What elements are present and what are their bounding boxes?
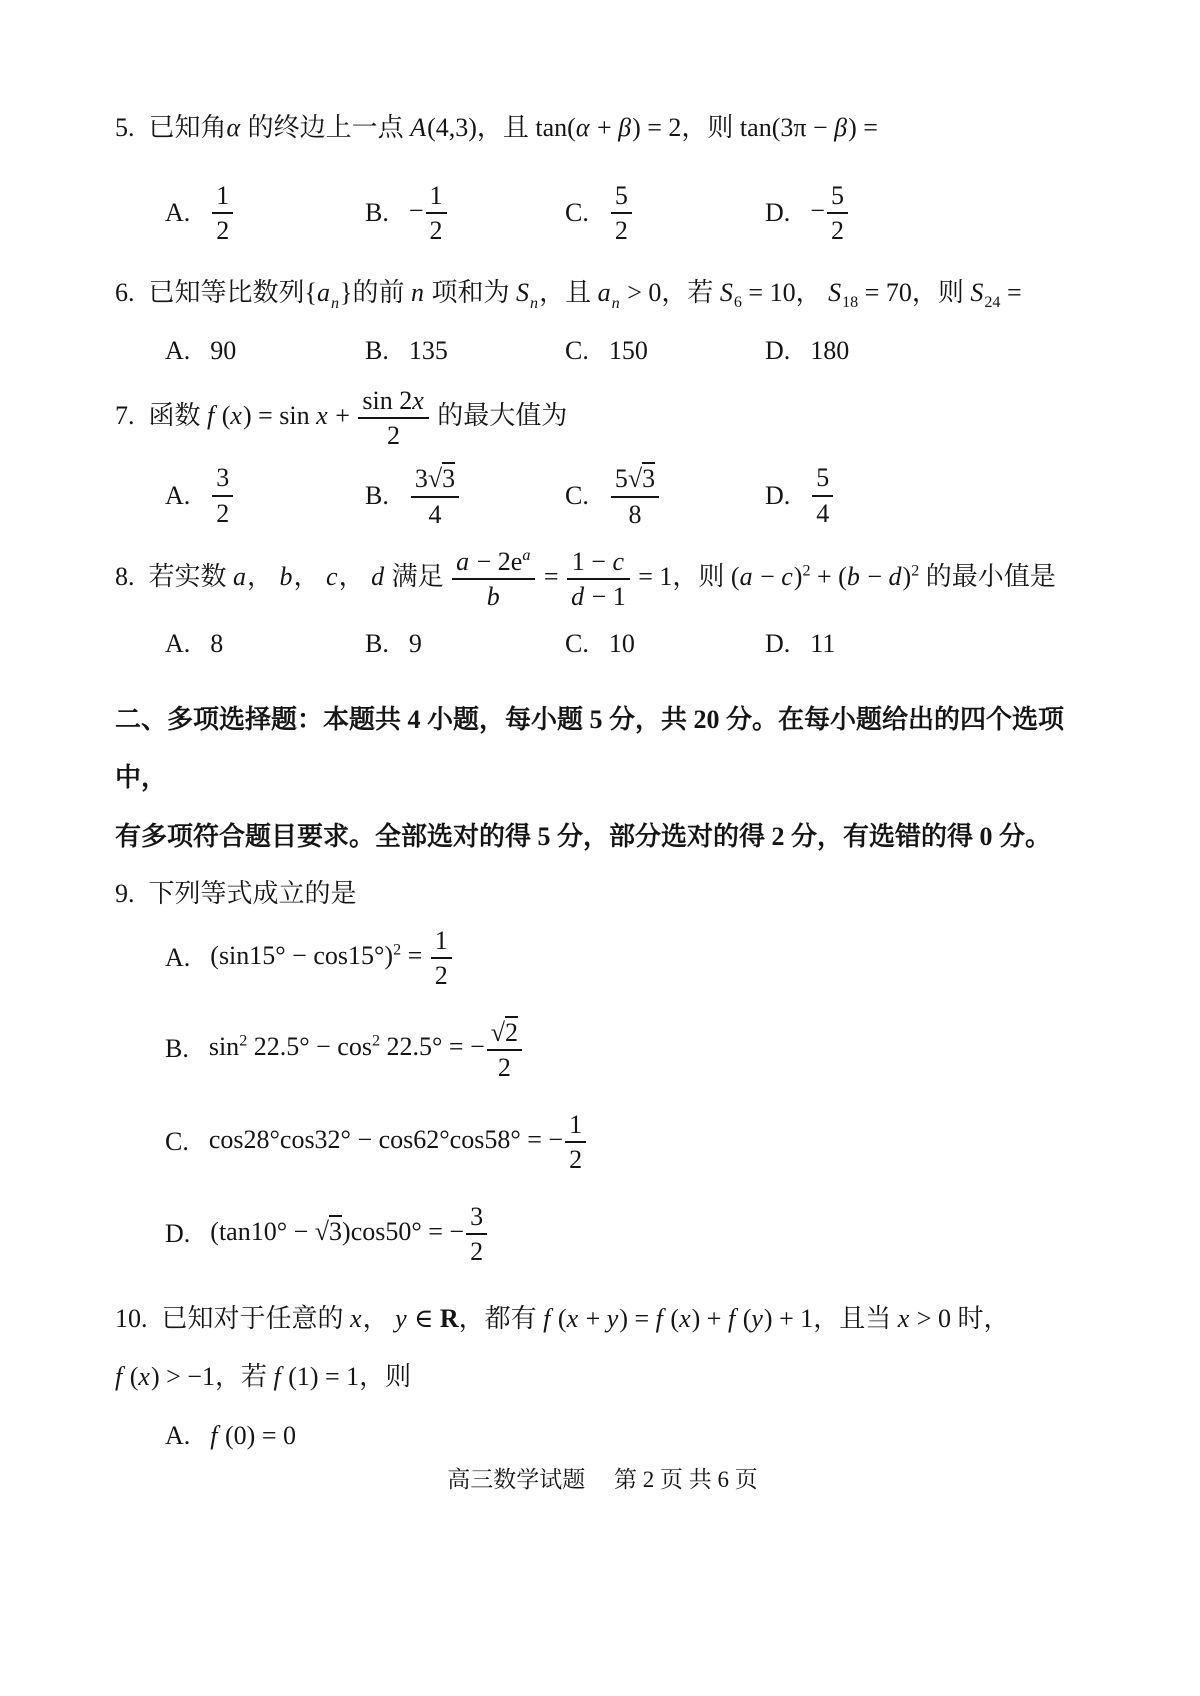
option-value: (sin15° − cos15°)2 = 12 <box>210 926 454 990</box>
option-value: 12 <box>210 181 235 245</box>
question-6-stem: 6.已知等比数列{an}的前 n 项和为 Sn，且 an > 0，若 S6 = … <box>115 275 1090 314</box>
question-8-number: 8. <box>115 562 135 591</box>
question-6-option-b: B. 135 <box>365 336 565 366</box>
question-5-option-b: B. −12 <box>365 181 565 245</box>
question-5-text: 已知角α 的终边上一点 A(4,3)，且 tan(α + β) = 2，则 ta… <box>149 113 878 142</box>
question-6-number: 6. <box>115 278 135 307</box>
option-label: D. <box>165 1219 190 1249</box>
question-8-option-d: D. 11 <box>765 629 965 659</box>
question-7-option-c: C. 5√38 <box>565 462 765 528</box>
question-7-text: 函数 f (x) = sin x + sin 2x2 的最大值为 <box>149 401 568 430</box>
question-8-text: 若实数 a， b， c， d 满足 a − 2eab = 1 − cd − 1 … <box>149 562 1056 591</box>
question-9-option-d: D. (tan10° − √3)cos50° = −32 <box>165 1202 1090 1266</box>
question-5-number: 5. <box>115 113 135 142</box>
question-7-stem: 7.函数 f (x) = sin x + sin 2x2 的最大值为 <box>115 386 1090 450</box>
option-label: C. <box>565 481 589 511</box>
question-10-text: 已知对于任意的 x， y ∈ R，都有 f (x + y) = f (x) + … <box>115 1304 1009 1390</box>
question-5-options: A. 12 B. −12 C. 52 D. −52 <box>165 181 1090 245</box>
option-value: 3√34 <box>409 462 461 528</box>
option-value: sin2 22.5° − cos2 22.5° = −√22 <box>209 1016 524 1082</box>
question-7-option-d: D. 54 <box>765 462 965 528</box>
option-value: 10 <box>609 629 635 659</box>
question-5-option-d: D. −52 <box>765 181 965 245</box>
option-value: 180 <box>810 336 849 366</box>
option-value: cos28°cos32° − cos62°cos58° = −12 <box>209 1110 588 1174</box>
option-label: D. <box>765 198 790 228</box>
option-label: B. <box>365 198 389 228</box>
question-6-option-c: C. 150 <box>565 336 765 366</box>
option-label: D. <box>765 629 790 659</box>
option-label: B. <box>365 336 389 366</box>
option-label: C. <box>565 336 589 366</box>
question-9-text: 下列等式成立的是 <box>149 879 357 908</box>
option-label: B. <box>365 629 389 659</box>
question-10-option-a: A. f (0) = 0 <box>165 1421 1090 1451</box>
question-6-option-d: D. 180 <box>765 336 965 366</box>
question-10-number: 10. <box>115 1304 148 1333</box>
option-label: D. <box>765 481 790 511</box>
option-value: 8 <box>210 629 223 659</box>
option-value: 11 <box>810 629 835 659</box>
question-7-option-b: B. 3√34 <box>365 462 565 528</box>
option-label: A. <box>165 481 190 511</box>
option-value: 9 <box>409 629 422 659</box>
option-label: A. <box>165 943 190 973</box>
option-value: 54 <box>810 463 835 527</box>
question-9-stem: 9.下列等式成立的是 <box>115 876 1090 911</box>
option-label: A. <box>165 198 190 228</box>
option-label: A. <box>165 1421 190 1451</box>
option-label: B. <box>165 1034 189 1064</box>
exam-page: 5.已知角α 的终边上一点 A(4,3)，且 tan(α + β) = 2，则 … <box>0 0 1200 1696</box>
question-6-options: A. 90 B. 135 C. 150 D. 180 <box>165 336 1090 366</box>
question-5-option-c: C. 52 <box>565 181 765 245</box>
question-8-option-b: B. 9 <box>365 629 565 659</box>
option-value: 5√38 <box>609 462 661 528</box>
option-value: 135 <box>409 336 448 366</box>
question-6-text: 已知等比数列{an}的前 n 项和为 Sn，且 an > 0，若 S6 = 10… <box>149 278 1022 307</box>
page-footer: 高三数学试题 第 2 页 共 6 页 <box>115 1461 1090 1494</box>
question-6-option-a: A. 90 <box>165 336 365 366</box>
question-8-option-c: C. 10 <box>565 629 765 659</box>
section-2-heading: 二、多项选择题：本题共 4 小题，每小题 5 分，共 20 分。在每小题给出的四… <box>115 691 1090 867</box>
option-value: 90 <box>210 336 236 366</box>
question-9-option-b: B. sin2 22.5° − cos2 22.5° = −√22 <box>165 1016 1090 1082</box>
question-8-stem: 8.若实数 a， b， c， d 满足 a − 2eab = 1 − cd − … <box>115 547 1090 611</box>
option-label: A. <box>165 629 190 659</box>
question-9-option-c: C. cos28°cos32° − cos62°cos58° = −12 <box>165 1110 1090 1174</box>
option-label: D. <box>765 336 790 366</box>
option-label: C. <box>565 198 589 228</box>
option-label: A. <box>165 336 190 366</box>
option-value: (tan10° − √3)cos50° = −32 <box>210 1202 489 1266</box>
question-8-option-a: A. 8 <box>165 629 365 659</box>
question-10-stem: 10.已知对于任意的 x， y ∈ R，都有 f (x + y) = f (x)… <box>115 1290 1090 1404</box>
option-value: −12 <box>409 181 449 245</box>
option-label: B. <box>365 481 389 511</box>
question-5-option-a: A. 12 <box>165 181 365 245</box>
option-value: 150 <box>609 336 648 366</box>
question-8-options: A. 8 B. 9 C. 10 D. 11 <box>165 629 1090 659</box>
question-7-options: A. 32 B. 3√34 C. 5√38 D. 54 <box>165 462 1090 528</box>
question-7-option-a: A. 32 <box>165 462 365 528</box>
question-5-stem: 5.已知角α 的终边上一点 A(4,3)，且 tan(α + β) = 2，则 … <box>115 110 1090 145</box>
option-label: C. <box>565 629 589 659</box>
question-7-number: 7. <box>115 401 135 430</box>
option-value: 32 <box>210 463 235 527</box>
option-label: C. <box>165 1127 189 1157</box>
option-value: f (0) = 0 <box>210 1421 296 1451</box>
option-value: −52 <box>810 181 850 245</box>
question-9-number: 9. <box>115 879 135 908</box>
question-9-option-a: A. (sin15° − cos15°)2 = 12 <box>165 926 1090 990</box>
option-value: 52 <box>609 181 634 245</box>
